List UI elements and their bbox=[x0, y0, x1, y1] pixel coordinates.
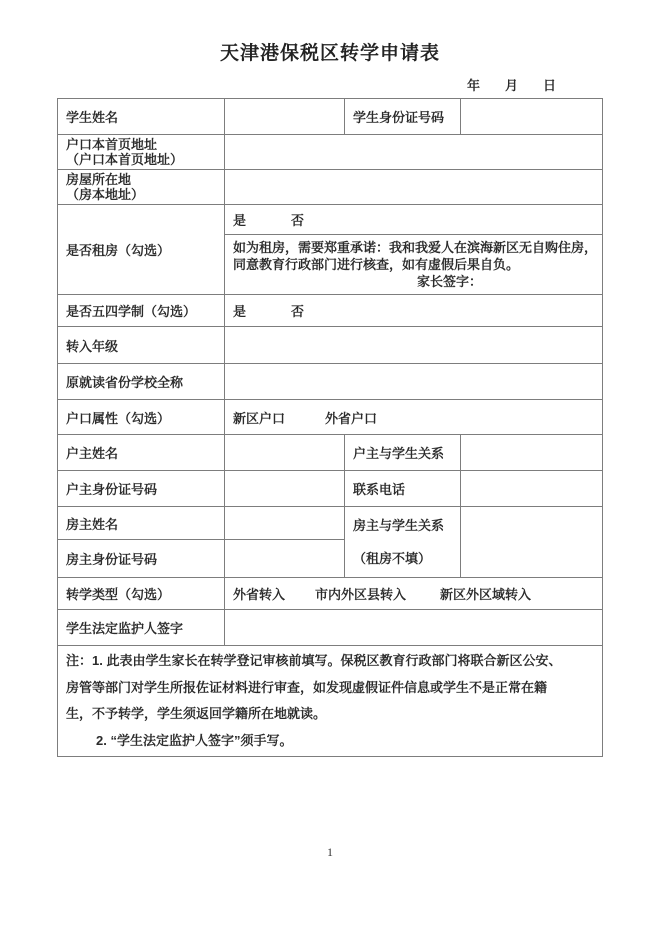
householder-id-value-cell bbox=[225, 471, 345, 507]
householder-relation-label: 户主与学生关系 bbox=[345, 435, 461, 471]
hukou-type-label: 户口属性（勾选） bbox=[58, 400, 225, 435]
hukou-address-value-cell bbox=[225, 135, 603, 170]
row-student-name: 学生姓名 学生身份证号码 bbox=[58, 99, 603, 135]
orig-school-label: 原就读省份学校全称 bbox=[58, 364, 225, 400]
row-house-location: 房屋所在地 （房本地址） bbox=[58, 170, 603, 205]
student-name-label: 学生姓名 bbox=[58, 99, 225, 135]
notes-cell: 注：1. 此表由学生家长在转学登记审核前填写。保税区教育行政部门将联合新区公安、… bbox=[58, 646, 603, 757]
transfer-type-options-cell: 外省转入市内外区县转入新区外区域转入 bbox=[225, 578, 603, 610]
rent-promise-line1: 如为租房，需要郑重承诺：我和我爱人在滨海新区无自购住房， bbox=[233, 239, 596, 256]
transfer-type-label: 转学类型（勾选） bbox=[58, 578, 225, 610]
hukou-address-label: 户口本首页地址 （户口本首页地址） bbox=[58, 135, 225, 170]
guardian-sign-label: 学生法定监护人签字 bbox=[58, 610, 225, 646]
rent-no-option: 否 bbox=[291, 210, 304, 229]
householder-name-value-cell bbox=[225, 435, 345, 471]
hukou-type-option-waisheng: 外省户口 bbox=[325, 408, 377, 427]
owner-relation-value-cell bbox=[461, 507, 603, 578]
phone-label: 联系电话 bbox=[345, 471, 461, 507]
transfer-type-option-shinei: 市内外区县转入 bbox=[315, 584, 406, 603]
note-line-1: 注：1. 此表由学生家长在转学登记审核前填写。保税区教育行政部门将联合新区公安、 bbox=[66, 648, 596, 675]
phone-value-cell bbox=[461, 471, 603, 507]
student-id-value-cell bbox=[461, 99, 603, 135]
five-four-options-cell: 是否 bbox=[225, 295, 603, 327]
owner-id-label: 房主身份证号码 bbox=[58, 540, 225, 578]
row-owner-name: 房主姓名 房主与学生关系 （租房不填） bbox=[58, 507, 603, 540]
grade-label: 转入年级 bbox=[58, 327, 225, 364]
hukou-type-options-cell: 新区户口外省户口 bbox=[225, 400, 603, 435]
house-location-label-line1: 房屋所在地 bbox=[66, 172, 218, 187]
row-grade: 转入年级 bbox=[58, 327, 603, 364]
student-id-label: 学生身份证号码 bbox=[345, 99, 461, 135]
row-hukou-type: 户口属性（勾选） 新区户口外省户口 bbox=[58, 400, 603, 435]
note-line-2: 房管等部门对学生所报佐证材料进行审查，如发现虚假证件信息或学生不是正常在籍 bbox=[66, 675, 596, 702]
rent-promise-line2: 同意教育行政部门进行核查，如有虚假后果自负。 bbox=[233, 256, 596, 273]
five-four-no-option: 否 bbox=[291, 301, 304, 320]
row-rent-question: 是否租房（勾选） 是否 bbox=[58, 205, 603, 235]
date-year-label: 年 bbox=[467, 75, 480, 94]
note-line-4: 2. “学生法定监护人签字”须手写。 bbox=[66, 728, 596, 755]
householder-relation-value-cell bbox=[461, 435, 603, 471]
householder-name-label: 户主姓名 bbox=[58, 435, 225, 471]
student-name-value-cell bbox=[225, 99, 345, 135]
date-line: 年 月 日 bbox=[0, 75, 556, 94]
guardian-sign-value-cell bbox=[225, 610, 603, 646]
hukou-type-option-xinqu: 新区户口 bbox=[233, 408, 285, 427]
document-page: 天津港保税区转学申请表 年 月 日 学生姓名 学生身份证号码 户口本首页地址 （… bbox=[0, 0, 660, 934]
row-guardian-sign: 学生法定监护人签字 bbox=[58, 610, 603, 646]
transfer-type-option-xinqu: 新区外区域转入 bbox=[440, 584, 531, 603]
row-orig-school: 原就读省份学校全称 bbox=[58, 364, 603, 400]
transfer-type-option-waisheng: 外省转入 bbox=[233, 584, 285, 603]
house-location-label-line2: （房本地址） bbox=[66, 187, 218, 202]
owner-name-value-cell bbox=[225, 507, 345, 540]
parent-sign-label: 家长签字： bbox=[233, 273, 596, 290]
owner-relation-label: 房主与学生关系 （租房不填） bbox=[345, 507, 461, 578]
orig-school-value-cell bbox=[225, 364, 603, 400]
row-householder-id: 户主身份证号码 联系电话 bbox=[58, 471, 603, 507]
owner-relation-label-line2: （租房不填） bbox=[353, 542, 454, 575]
rent-label: 是否租房（勾选） bbox=[58, 205, 225, 295]
transfer-application-table: 学生姓名 学生身份证号码 户口本首页地址 （户口本首页地址） 房屋所在地 （房本… bbox=[57, 98, 603, 757]
house-location-value-cell bbox=[225, 170, 603, 205]
date-month-label: 月 bbox=[505, 75, 518, 94]
row-transfer-type: 转学类型（勾选） 外省转入市内外区县转入新区外区域转入 bbox=[58, 578, 603, 610]
page-title: 天津港保税区转学申请表 bbox=[0, 38, 660, 65]
hukou-address-label-line2: （户口本首页地址） bbox=[66, 152, 218, 167]
date-day-label: 日 bbox=[543, 75, 556, 94]
householder-id-label: 户主身份证号码 bbox=[58, 471, 225, 507]
rent-promise-cell: 如为租房，需要郑重承诺：我和我爱人在滨海新区无自购住房， 同意教育行政部门进行核… bbox=[225, 235, 603, 295]
owner-relation-label-line1: 房主与学生关系 bbox=[353, 509, 454, 542]
owner-name-label: 房主姓名 bbox=[58, 507, 225, 540]
rent-options-cell: 是否 bbox=[225, 205, 603, 235]
row-hukou-address: 户口本首页地址 （户口本首页地址） bbox=[58, 135, 603, 170]
row-five-four-system: 是否五四学制（勾选） 是否 bbox=[58, 295, 603, 327]
owner-id-value-cell bbox=[225, 540, 345, 578]
five-four-label: 是否五四学制（勾选） bbox=[58, 295, 225, 327]
rent-yes-option: 是 bbox=[233, 210, 246, 229]
page-number: 1 bbox=[0, 845, 660, 860]
five-four-yes-option: 是 bbox=[233, 301, 246, 320]
grade-value-cell bbox=[225, 327, 603, 364]
note-line-3: 生，不予转学，学生须返回学籍所在地就读。 bbox=[66, 701, 596, 728]
hukou-address-label-line1: 户口本首页地址 bbox=[66, 137, 218, 152]
row-householder-name: 户主姓名 户主与学生关系 bbox=[58, 435, 603, 471]
house-location-label: 房屋所在地 （房本地址） bbox=[58, 170, 225, 205]
row-notes: 注：1. 此表由学生家长在转学登记审核前填写。保税区教育行政部门将联合新区公安、… bbox=[58, 646, 603, 757]
